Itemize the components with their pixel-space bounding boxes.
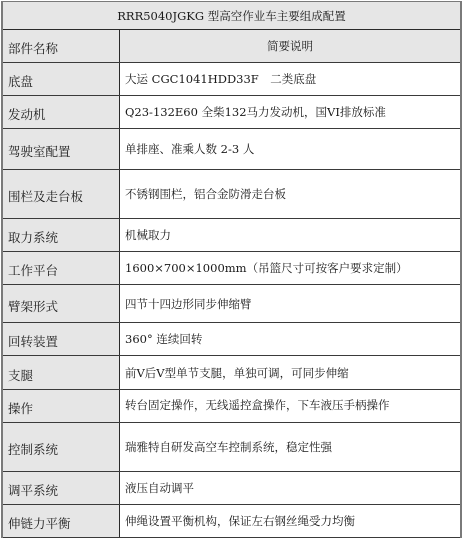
description-cell: 液压自动调平 [120,472,460,504]
table-row: 操作转台固定操作，无线遥控盒操作，下车液压手柄操作 [3,390,460,423]
description-cell: 瑞雅特自研发高空车控制系统，稳定性强 [120,423,460,471]
part-name-cell: 围栏及走台板 [3,170,120,218]
part-name-cell: 支腿 [3,356,120,389]
description-cell: 前V后V型单节支腿，单独可调，可同步伸缩 [120,356,460,389]
part-name-cell: 底盘 [3,63,120,95]
description-cell: 单排座、准乘人数 2-3 人 [120,129,460,169]
table-row: 臂架形式四节十四边形同步伸缩臂 [3,285,460,323]
description-cell: 四节十四边形同步伸缩臂 [120,285,460,322]
table-row: 底盘大运 CGC1041HDD33F 二类底盘 [3,63,460,96]
part-name-cell: 伸链力平衡 [3,505,120,537]
table-title: RRR5040JGKG 型高空作业车主要组成配置 [3,2,460,30]
part-name-cell: 操作 [3,390,120,422]
table-row: 工作平台1600×700×1000mm（吊篮尺寸可按客户要求定制） [3,252,460,285]
part-name-cell: 臂架形式 [3,285,120,322]
configuration-table: RRR5040JGKG 型高空作业车主要组成配置 部件名称 简要说明 底盘大运 … [1,1,462,538]
description-cell: 伸绳设置平衡机构，保证左右钢丝绳受力均衡 [120,505,460,537]
header-part-name: 部件名称 [3,30,120,62]
description-cell: 机械取力 [120,219,460,251]
description-cell: 不锈钢围栏，铝合金防滑走台板 [120,170,460,218]
table-row: 调平系统液压自动调平 [3,472,460,505]
table-row: 伸链力平衡伸绳设置平衡机构，保证左右钢丝绳受力均衡 [3,505,460,538]
description-cell: 360° 连续回转 [120,323,460,355]
description-cell: 1600×700×1000mm（吊篮尺寸可按客户要求定制） [120,252,460,284]
table-row: 取力系统机械取力 [3,219,460,252]
table-row: 控制系统瑞雅特自研发高空车控制系统，稳定性强 [3,423,460,472]
part-name-cell: 驾驶室配置 [3,129,120,169]
part-name-cell: 取力系统 [3,219,120,251]
header-description: 简要说明 [120,30,460,62]
table-row: 围栏及走台板不锈钢围栏，铝合金防滑走台板 [3,170,460,219]
part-name-cell: 工作平台 [3,252,120,284]
part-name-cell: 回转装置 [3,323,120,355]
description-cell: 大运 CGC1041HDD33F 二类底盘 [120,63,460,95]
table-row: 支腿前V后V型单节支腿，单独可调，可同步伸缩 [3,356,460,390]
part-name-cell: 发动机 [3,96,120,128]
part-name-cell: 控制系统 [3,423,120,471]
table-header-row: 部件名称 简要说明 [3,30,460,63]
table-row: 发动机Q23-132E60 全柴132马力发动机，国VI排放标准 [3,96,460,129]
table-row: 回转装置360° 连续回转 [3,323,460,356]
description-cell: Q23-132E60 全柴132马力发动机，国VI排放标准 [120,96,460,128]
table-row: 驾驶室配置单排座、准乘人数 2-3 人 [3,129,460,170]
part-name-cell: 调平系统 [3,472,120,504]
description-cell: 转台固定操作，无线遥控盒操作，下车液压手柄操作 [120,390,460,422]
